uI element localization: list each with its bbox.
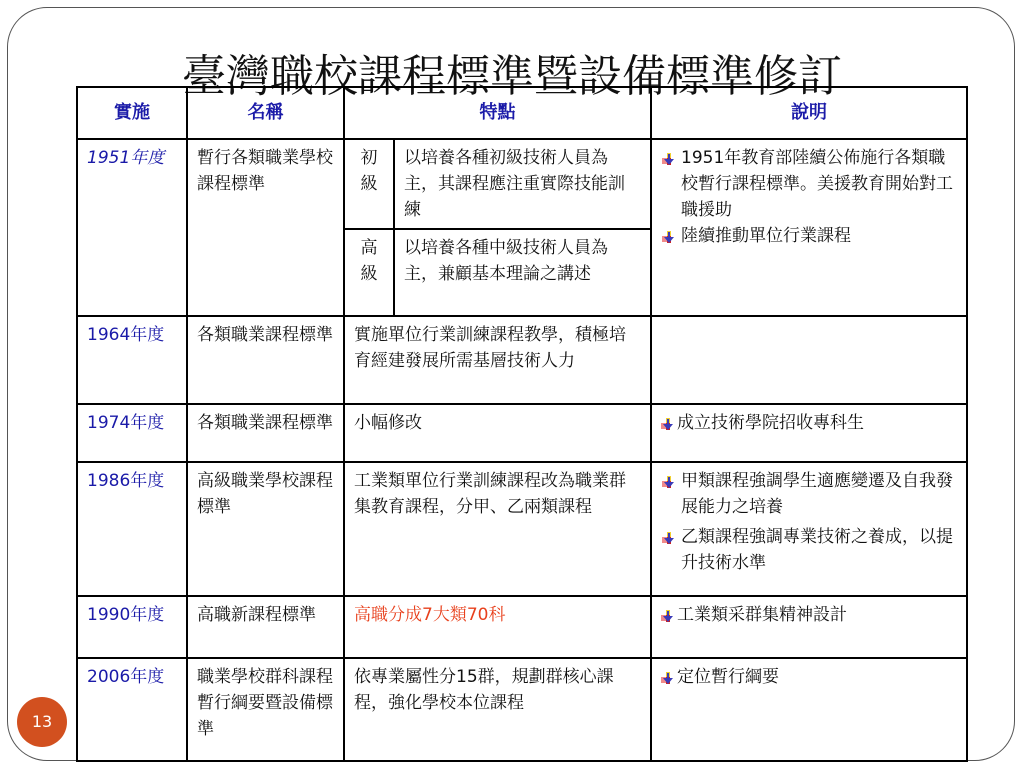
notes-cell: 1951年教育部陸續公佈施行各類職校暫行課程標準。美援教育開始對工職援助 陸續推…: [651, 139, 967, 316]
note-item: 成立技術學院招收專科生: [661, 410, 957, 436]
arrow-bullet-icon: [662, 153, 675, 165]
table-row: 1990年度 高職新課程標準 高職分成7大類70科 工業類采群集精神設計: [77, 596, 967, 658]
notes-cell: 定位暫行綱要: [651, 658, 967, 761]
note-item: 甲類課程強調學生適應變遷及自我發展能力之培養: [661, 468, 957, 520]
arrow-bullet-icon: [661, 672, 674, 684]
table-row: 1974年度 各類職業課程標準 小幅修改 成立技術學院招收專科生: [77, 404, 967, 462]
note-item: 陸續推動單位行業課程: [661, 223, 957, 249]
table-row: 1986年度 高級職業學校課程標準 工業類單位行業訓練課程改為職業群集教育課程，…: [77, 462, 967, 596]
year-cell: 1964年度: [77, 316, 187, 404]
feature-cell: 工業類單位行業訓練課程改為職業群集教育課程，分甲、乙兩類課程: [344, 462, 651, 596]
feature-cell: 依專業屬性分15群，規劃群核心課程，強化學校本位課程: [344, 658, 651, 761]
notes-list: 1951年教育部陸續公佈施行各類職校暫行課程標準。美援教育開始對工職援助 陸續推…: [661, 145, 957, 249]
level-label-advanced: 高 級: [344, 229, 394, 316]
feature-cell-highlight: 高職分成7大類70科: [344, 596, 651, 658]
page-number-badge: 13: [17, 697, 67, 747]
notes-cell: 工業類采群集精神設計: [651, 596, 967, 658]
header-features: 特點: [344, 87, 651, 139]
name-cell: 各類職業課程標準: [187, 404, 344, 462]
year-cell: 1986年度: [77, 462, 187, 596]
feature-cell: 實施單位行業訓練課程教學，積極培育經建發展所需基層技術人力: [344, 316, 651, 404]
feature-cell: 以培養各種初級技術人員為主，其課程應注重實際技能訓練: [394, 139, 651, 229]
note-item: 定位暫行綱要: [661, 664, 957, 690]
arrow-bullet-icon: [662, 476, 675, 488]
name-cell: 暫行各類職業學校課程標準: [187, 139, 344, 316]
table-row: 2006年度 職業學校群科課程暫行綱要暨設備標準 依專業屬性分15群，規劃群核心…: [77, 658, 967, 761]
curriculum-table: 實施 名稱 特點 說明 1951年度 暫行各類職業學校課程標準 初 級 以培養各…: [76, 86, 968, 762]
notes-list: 成立技術學院招收專科生: [661, 410, 957, 436]
notes-cell: [651, 316, 967, 404]
year-cell: 1974年度: [77, 404, 187, 462]
header-name: 名稱: [187, 87, 344, 139]
name-cell: 職業學校群科課程暫行綱要暨設備標準: [187, 658, 344, 761]
arrow-bullet-icon: [661, 610, 674, 622]
level-label-elementary: 初 級: [344, 139, 394, 229]
notes-cell: 甲類課程強調學生適應變遷及自我發展能力之培養 乙類課程強調專業技術之養成，以提升…: [651, 462, 967, 596]
arrow-bullet-icon: [662, 532, 675, 544]
table-row: 1951年度 暫行各類職業學校課程標準 初 級 以培養各種初級技術人員為主，其課…: [77, 139, 967, 229]
year-cell: 1951年度: [77, 139, 187, 316]
note-item: 乙類課程強調專業技術之養成，以提升技術水準: [661, 524, 957, 576]
notes-list: 定位暫行綱要: [661, 664, 957, 690]
header-description: 說明: [651, 87, 967, 139]
note-item: 1951年教育部陸續公佈施行各類職校暫行課程標準。美援教育開始對工職援助: [661, 145, 957, 223]
note-item: 工業類采群集精神設計: [661, 602, 957, 628]
name-cell: 高級職業學校課程標準: [187, 462, 344, 596]
table-header-row: 實施 名稱 特點 說明: [77, 87, 967, 139]
table-row: 1964年度 各類職業課程標準 實施單位行業訓練課程教學，積極培育經建發展所需基…: [77, 316, 967, 404]
header-implementation: 實施: [77, 87, 187, 139]
name-cell: 各類職業課程標準: [187, 316, 344, 404]
name-cell: 高職新課程標準: [187, 596, 344, 658]
arrow-bullet-icon: [661, 418, 674, 430]
notes-list: 甲類課程強調學生適應變遷及自我發展能力之培養 乙類課程強調專業技術之養成，以提升…: [661, 468, 957, 576]
arrow-bullet-icon: [662, 231, 675, 243]
feature-cell: 小幅修改: [344, 404, 651, 462]
notes-list: 工業類采群集精神設計: [661, 602, 957, 628]
year-cell: 2006年度: [77, 658, 187, 761]
feature-cell: 以培養各種中級技術人員為主，兼顧基本理論之講述: [394, 229, 651, 316]
year-cell: 1990年度: [77, 596, 187, 658]
notes-cell: 成立技術學院招收專科生: [651, 404, 967, 462]
